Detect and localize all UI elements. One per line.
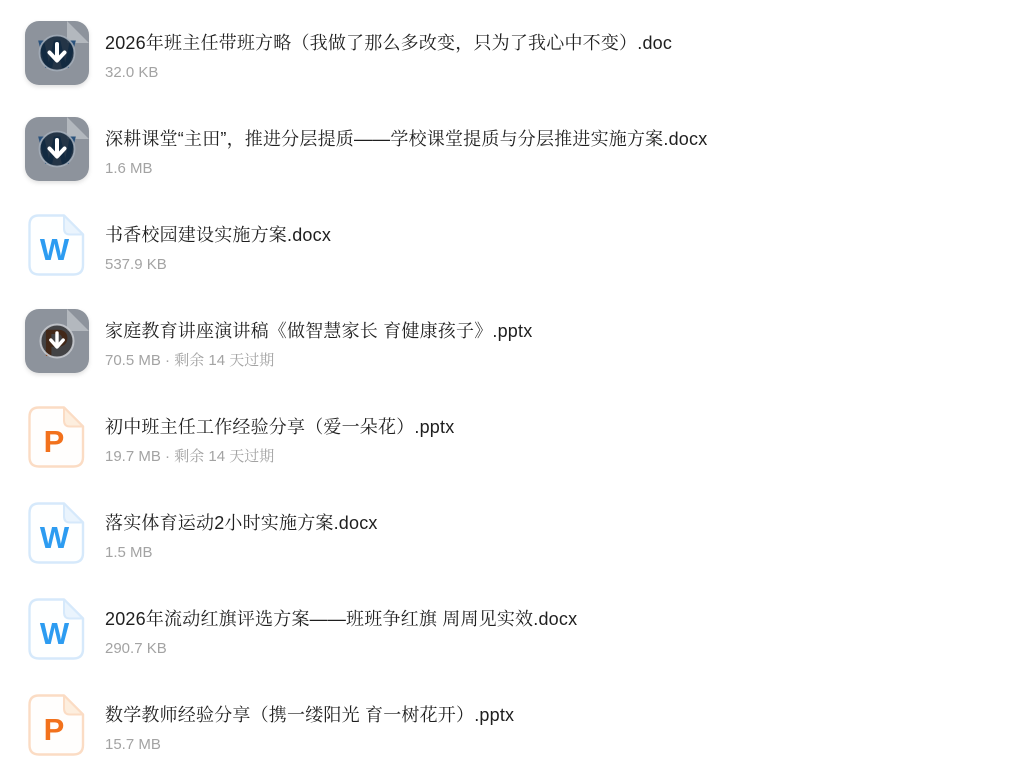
ppt-doc-icon [22,402,92,472]
file-name: 家庭教育讲座演讲稿《做智慧家长 育健康孩子》.pptx [105,319,532,344]
file-text: 2026年班主任带班方略（我做了那么多改变，只为了我心中不变）.doc 32.0… [105,31,672,82]
file-item[interactable]: 落实体育运动2小时实施方案.docx 1.5 MB [22,485,1012,581]
file-size: 290.7 KB [105,639,577,658]
file-size-expiry: 70.5 MB · 剩余 14 天过期 [105,351,532,370]
file-text: 数学教师经验分享（携一缕阳光 育一树花开）.pptx 15.7 MB [105,703,514,754]
file-name: 初中班主任工作经验分享（爱一朵花）.pptx [105,415,454,440]
file-size: 15.7 MB [105,735,514,754]
file-name: 2026年班主任带班方略（我做了那么多改变，只为了我心中不变）.doc [105,31,672,56]
file-item[interactable]: 数学教师经验分享（携一缕阳光 育一树花开）.pptx 15.7 MB [22,677,1012,773]
file-name: 书香校园建设实施方案.docx [105,223,331,248]
file-size: 1.6 MB [105,159,707,178]
file-text: 书香校园建设实施方案.docx 537.9 KB [105,223,331,274]
file-name: 深耕课堂“主田”，推进分层提质——学校课堂提质与分层推进实施方案.docx [105,127,707,152]
ppt-doc-icon [22,690,92,760]
file-text: 2026年流动红旗评选方案——班班争红旗 周周见实效.docx 290.7 KB [105,607,577,658]
file-size: 32.0 KB [105,63,672,82]
file-item[interactable]: 深耕课堂“主田”，推进分层提质——学校课堂提质与分层推进实施方案.docx 1.… [22,101,1012,197]
file-size: 1.5 MB [105,543,378,562]
file-list: 2026年班主任带班方略（我做了那么多改变，只为了我心中不变）.doc 32.0… [0,0,1024,773]
file-item[interactable]: 初中班主任工作经验分享（爱一朵花）.pptx 19.7 MB · 剩余 14 天… [22,389,1012,485]
file-text: 深耕课堂“主田”，推进分层提质——学校课堂提质与分层推进实施方案.docx 1.… [105,127,707,178]
word-doc-icon [22,498,92,568]
file-text: 家庭教育讲座演讲稿《做智慧家长 育健康孩子》.pptx 70.5 MB · 剩余… [105,319,532,370]
word-file-undownloaded-download-icon [22,114,92,184]
word-file-undownloaded-download-icon [22,18,92,88]
word-doc-icon [22,210,92,280]
file-name: 2026年流动红旗评选方案——班班争红旗 周周见实效.docx [105,607,577,632]
file-item[interactable]: 2026年流动红旗评选方案——班班争红旗 周周见实效.docx 290.7 KB [22,581,1012,677]
file-text: 初中班主任工作经验分享（爱一朵花）.pptx 19.7 MB · 剩余 14 天… [105,415,454,466]
ppt-file-undownloaded-download-icon [22,306,92,376]
file-item[interactable]: 2026年班主任带班方略（我做了那么多改变，只为了我心中不变）.doc 32.0… [22,5,1012,101]
file-item[interactable]: 家庭教育讲座演讲稿《做智慧家长 育健康孩子》.pptx 70.5 MB · 剩余… [22,293,1012,389]
file-name: 落实体育运动2小时实施方案.docx [105,511,378,536]
file-size: 537.9 KB [105,255,331,274]
file-text: 落实体育运动2小时实施方案.docx 1.5 MB [105,511,378,562]
file-size-expiry: 19.7 MB · 剩余 14 天过期 [105,447,454,466]
file-name: 数学教师经验分享（携一缕阳光 育一树花开）.pptx [105,703,514,728]
word-doc-icon [22,594,92,664]
file-item[interactable]: 书香校园建设实施方案.docx 537.9 KB [22,197,1012,293]
